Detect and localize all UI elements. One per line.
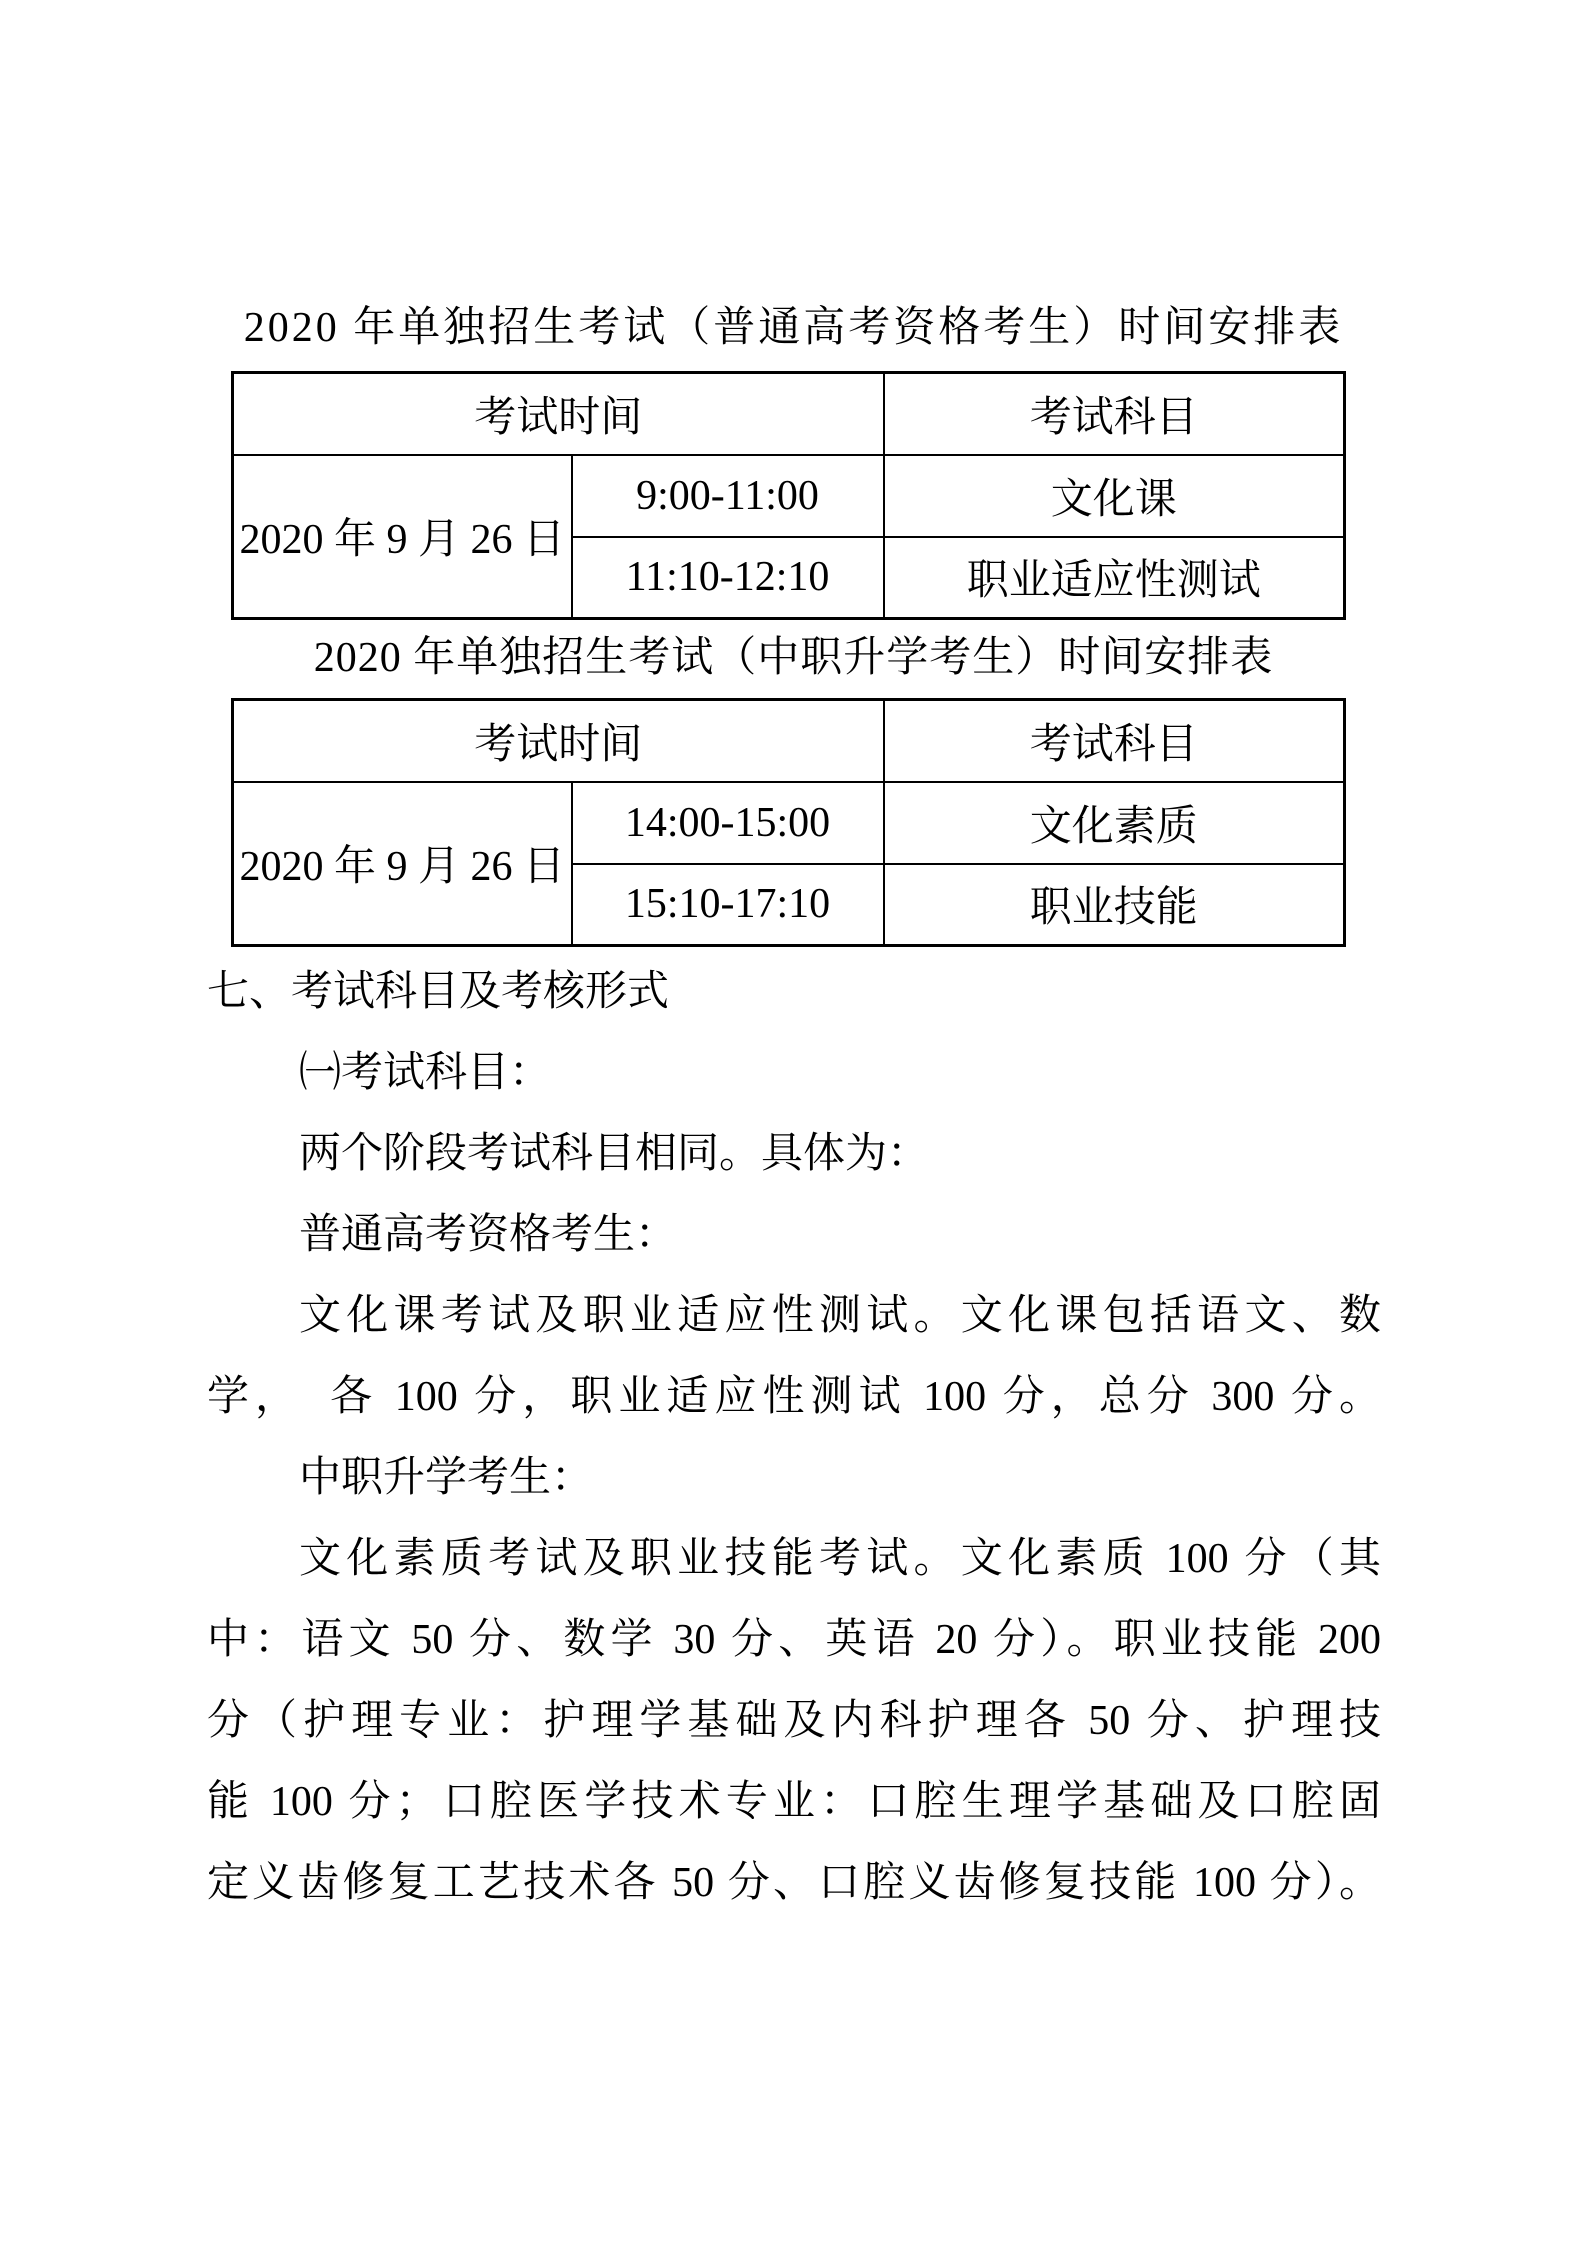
time-cell: 9:00-11:00	[572, 455, 884, 537]
table-header-row: 考试时间 考试科目	[233, 700, 1345, 782]
body-line: 中：语文 50 分、数学 30 分、英语 20 分）。职业技能 200	[207, 1600, 1381, 1681]
vocational-exam-schedule-table: 考试时间 考试科目 2020 年 9 月 26 日 14:00-15:00 文化…	[231, 698, 1346, 947]
subject-cell: 文化素质	[884, 782, 1345, 864]
body-line: 能 100 分；口腔医学技术专业：口腔生理学基础及口腔固	[207, 1762, 1381, 1843]
exam-time-header-cell: 考试时间	[233, 373, 884, 455]
time-cell: 14:00-15:00	[572, 782, 884, 864]
body-line: 文化素质考试及职业技能考试。文化素质 100 分（其	[207, 1519, 1381, 1600]
body-line: 普通高考资格考生：	[207, 1195, 1381, 1276]
body-line: 中职升学考生：	[207, 1438, 1381, 1519]
body-line: 文化课考试及职业适应性测试。文化课包括语文、数	[207, 1276, 1381, 1357]
body-line: 定义齿修复工艺技术各 50 分、口腔义齿修复技能 100 分）。	[207, 1843, 1381, 1924]
table-row: 2020 年 9 月 26 日 14:00-15:00 文化素质	[233, 782, 1345, 864]
body-line: ㈠考试科目：	[207, 1033, 1381, 1114]
exam-date-cell: 2020 年 9 月 26 日	[233, 782, 572, 946]
table-row: 2020 年 9 月 26 日 9:00-11:00 文化课	[233, 455, 1345, 537]
body-line: 两个阶段考试科目相同。具体为：	[207, 1114, 1381, 1195]
body-line: 分（护理专业：护理学基础及内科护理各 50 分、护理技	[207, 1681, 1381, 1762]
table-header-row: 考试时间 考试科目	[233, 373, 1345, 455]
subject-cell: 文化课	[884, 455, 1345, 537]
time-cell: 11:10-12:10	[572, 537, 884, 619]
exam-date-cell: 2020 年 9 月 26 日	[233, 455, 572, 619]
subject-cell: 职业技能	[884, 864, 1345, 946]
exam-subjects-section: 七、考试科目及考核形式 ㈠考试科目： 两个阶段考试科目相同。具体为： 普通高考资…	[207, 952, 1381, 1924]
general-exam-schedule-table: 考试时间 考试科目 2020 年 9 月 26 日 9:00-11:00 文化课…	[231, 371, 1346, 620]
exam-subject-header-cell: 考试科目	[884, 700, 1345, 782]
document-page: 2020 年单独招生考试（普通高考资格考生）时间安排表 考试时间 考试科目 20…	[0, 0, 1587, 2245]
general-exam-table-title: 2020 年单独招生考试（普通高考资格考生）时间安排表	[0, 306, 1587, 350]
body-line: 学， 各 100 分，职业适应性测试 100 分，总分 300 分。	[207, 1357, 1381, 1438]
subject-cell: 职业适应性测试	[884, 537, 1345, 619]
time-cell: 15:10-17:10	[572, 864, 884, 946]
section-heading: 七、考试科目及考核形式	[207, 952, 1381, 1033]
exam-subject-header-cell: 考试科目	[884, 373, 1345, 455]
vocational-exam-table-title: 2020 年单独招生考试（中职升学考生）时间安排表	[0, 636, 1587, 680]
exam-time-header-cell: 考试时间	[233, 700, 884, 782]
